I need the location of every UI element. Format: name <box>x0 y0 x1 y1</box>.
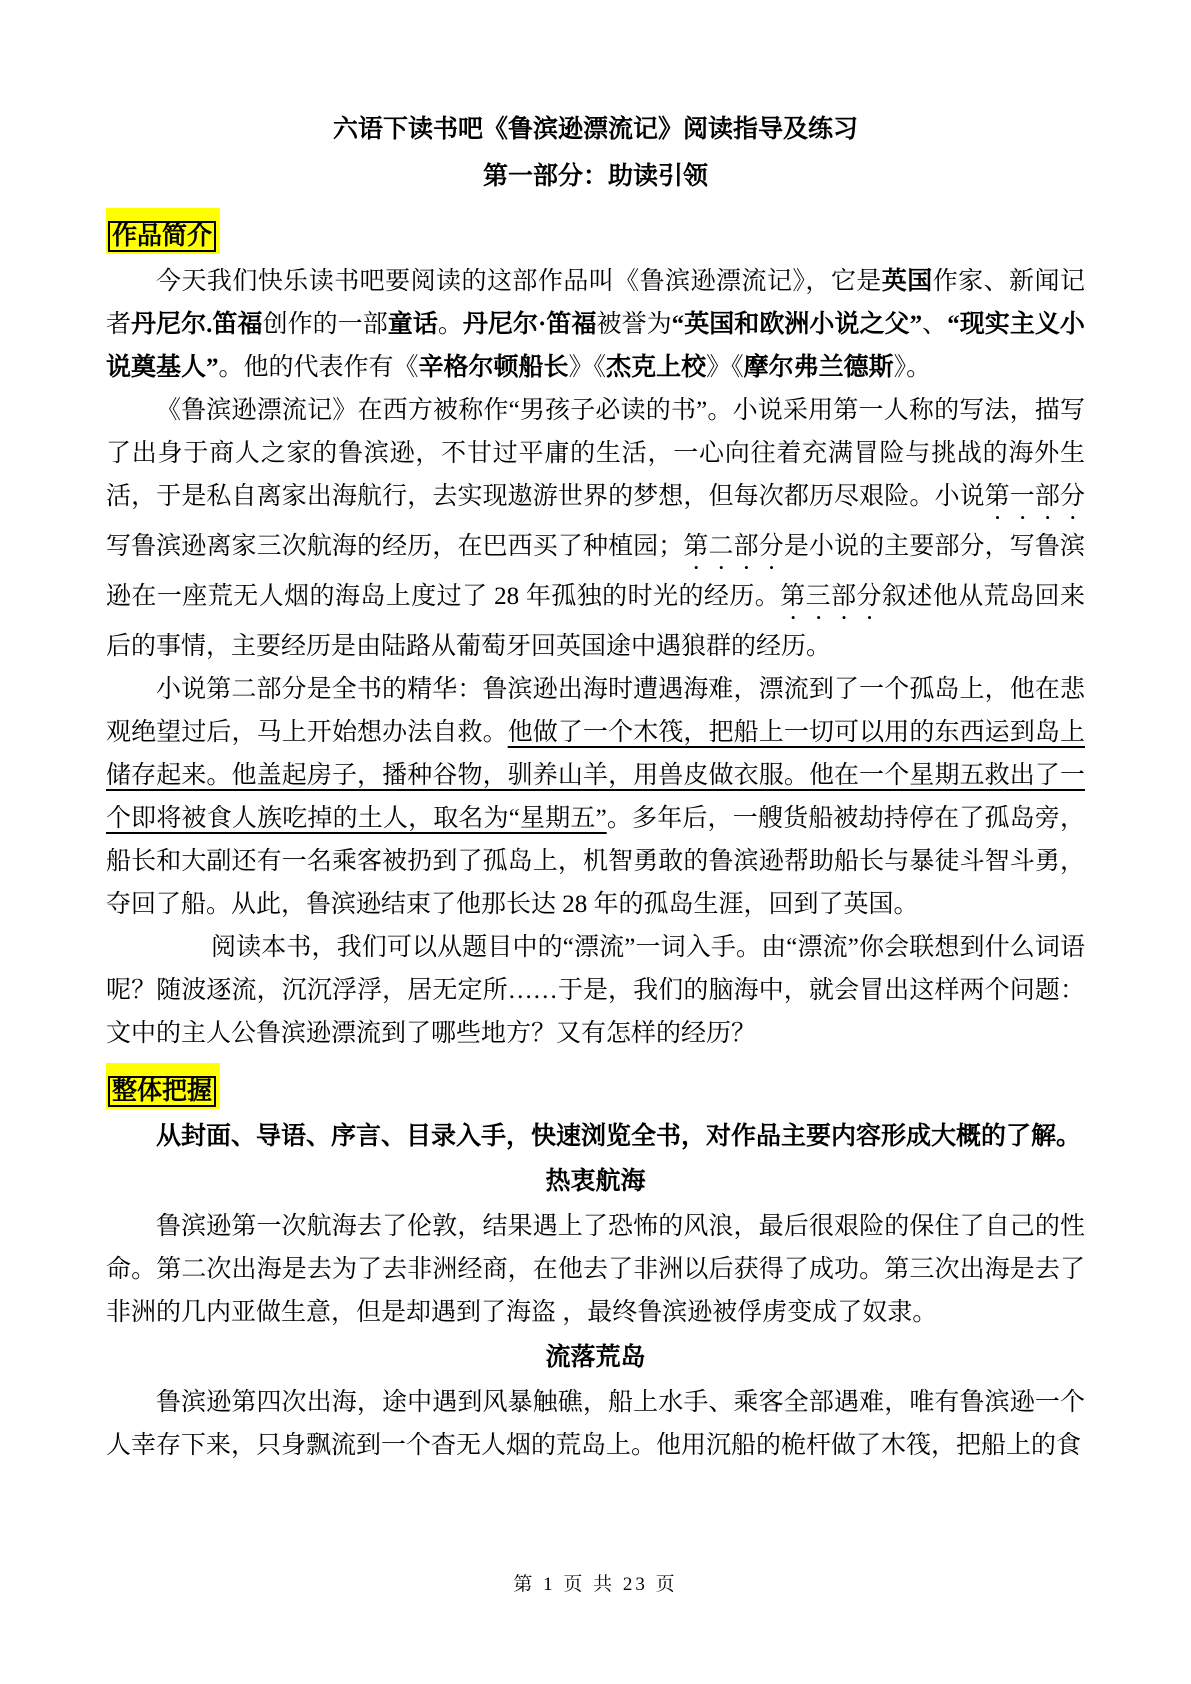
paragraph-book-structure: 《鲁滨逊漂流记》在西方被称作“男孩子必读的书”。小说采用第一人称的写法，描写了出… <box>106 389 1085 668</box>
text-run: 辛格尔顿船长 <box>419 354 569 381</box>
document-page: 六语下读书吧《鲁滨逊漂流记》阅读指导及练习 第一部分：助读引领 作品简介 今天我… <box>0 0 1191 1684</box>
paragraph-reading-questions: 阅读本书，我们可以从题目中的“漂流”一词入手。由“漂流”你会联想到什么词语呢？随… <box>106 926 1085 1055</box>
doc-subtitle: 第一部分：助读引领 <box>106 153 1085 200</box>
text-run: 写鲁滨逊离家三次航海的经历，在巴西买了种植园； <box>106 533 683 560</box>
text-run: 》《 <box>706 354 744 381</box>
paragraph-author-intro: 今天我们快乐读书吧要阅读的这部作品叫《鲁滨逊漂流记》，它是英国作家、新闻记者丹尼… <box>106 260 1085 389</box>
page-number-footer: 第 1 页 共 23 页 <box>0 1569 1191 1596</box>
paragraph-part-two-summary: 小说第二部分是全书的精华：鲁滨逊出海时遭遇海难，漂流到了一个孤岛上，他在悲观绝望… <box>106 668 1085 926</box>
text-run: 。 <box>438 311 463 338</box>
section-heading-label: 作品简介 <box>108 221 216 252</box>
text-run: 第二部分 <box>683 533 784 560</box>
text-run: 第三部分 <box>780 583 882 610</box>
paragraph-overall-lead: 从封面、导语、序言、目录入手，快速浏览全书，对作品主要内容形成大概的了解。 <box>106 1115 1085 1158</box>
text-run: 》。 <box>894 354 932 381</box>
subheading-sailing-passion: 热衷航海 <box>106 1160 1085 1203</box>
section-heading-overall-grasp: 整体把握 <box>106 1063 1085 1109</box>
doc-title: 六语下读书吧《鲁滨逊漂流记》阅读指导及练习 <box>106 106 1085 153</box>
text-run: 摩尔弗兰德斯 <box>744 354 894 381</box>
subheading-stranded-island: 流落荒岛 <box>106 1336 1085 1379</box>
yellow-highlight: 作品简介 <box>106 208 220 254</box>
paragraph-fourth-voyage: 鲁滨逊第四次出海，途中遇到风暴触礁，船上水手、乘客全部遇难，唯有鲁滨逊一个人幸存… <box>106 1381 1085 1467</box>
section-heading-works-intro: 作品简介 <box>106 208 1085 254</box>
text-run: “英国和欧洲小说之父” <box>672 311 922 338</box>
text-run: 鲁滨逊第一次航海去了伦敦，结果遇上了恐怖的风浪，最后很艰险的保住了自己的性命。第… <box>106 1213 1085 1326</box>
text-run: 英国 <box>882 268 933 295</box>
text-run: 第一部分 <box>985 483 1085 510</box>
text-run: 杰克上校 <box>606 354 706 381</box>
text-run: 被誉为 <box>597 311 672 338</box>
text-run: 从封面、导语、序言、目录入手，快速浏览全书，对作品主要内容形成大概的了解。 <box>156 1123 1081 1150</box>
paragraph-first-voyages: 鲁滨逊第一次航海去了伦敦，结果遇上了恐怖的风浪，最后很艰险的保住了自己的性命。第… <box>106 1205 1085 1334</box>
text-run: 鲁滨逊第四次出海，途中遇到风暴触礁，船上水手、乘客全部遇难，唯有鲁滨逊一个人幸存… <box>106 1389 1085 1459</box>
text-run: 丹尼尔.笛福 <box>131 311 263 338</box>
yellow-highlight: 整体把握 <box>106 1063 220 1109</box>
text-run: 《鲁滨逊漂流记》在西方被称作“男孩子必读的书”。小说采用第一人称的写法，描写了出… <box>106 397 1085 510</box>
text-run: 今天我们快乐读书吧要阅读的这部作品叫《鲁滨逊漂流记》，它是 <box>156 268 882 295</box>
text-run: 。他的代表作有《 <box>219 354 419 381</box>
text-run: 》《 <box>569 354 607 381</box>
text-run: 、 <box>922 311 947 338</box>
text-run: 丹尼尔·笛福 <box>463 311 597 338</box>
text-run: 阅读本书，我们可以从题目中的“漂流”一词入手。由“漂流”你会联想到什么词语呢？随… <box>106 934 1085 1047</box>
text-run: 创作的一部 <box>263 311 388 338</box>
text-run: 童话 <box>388 311 438 338</box>
section-heading-label: 整体把握 <box>108 1076 216 1107</box>
